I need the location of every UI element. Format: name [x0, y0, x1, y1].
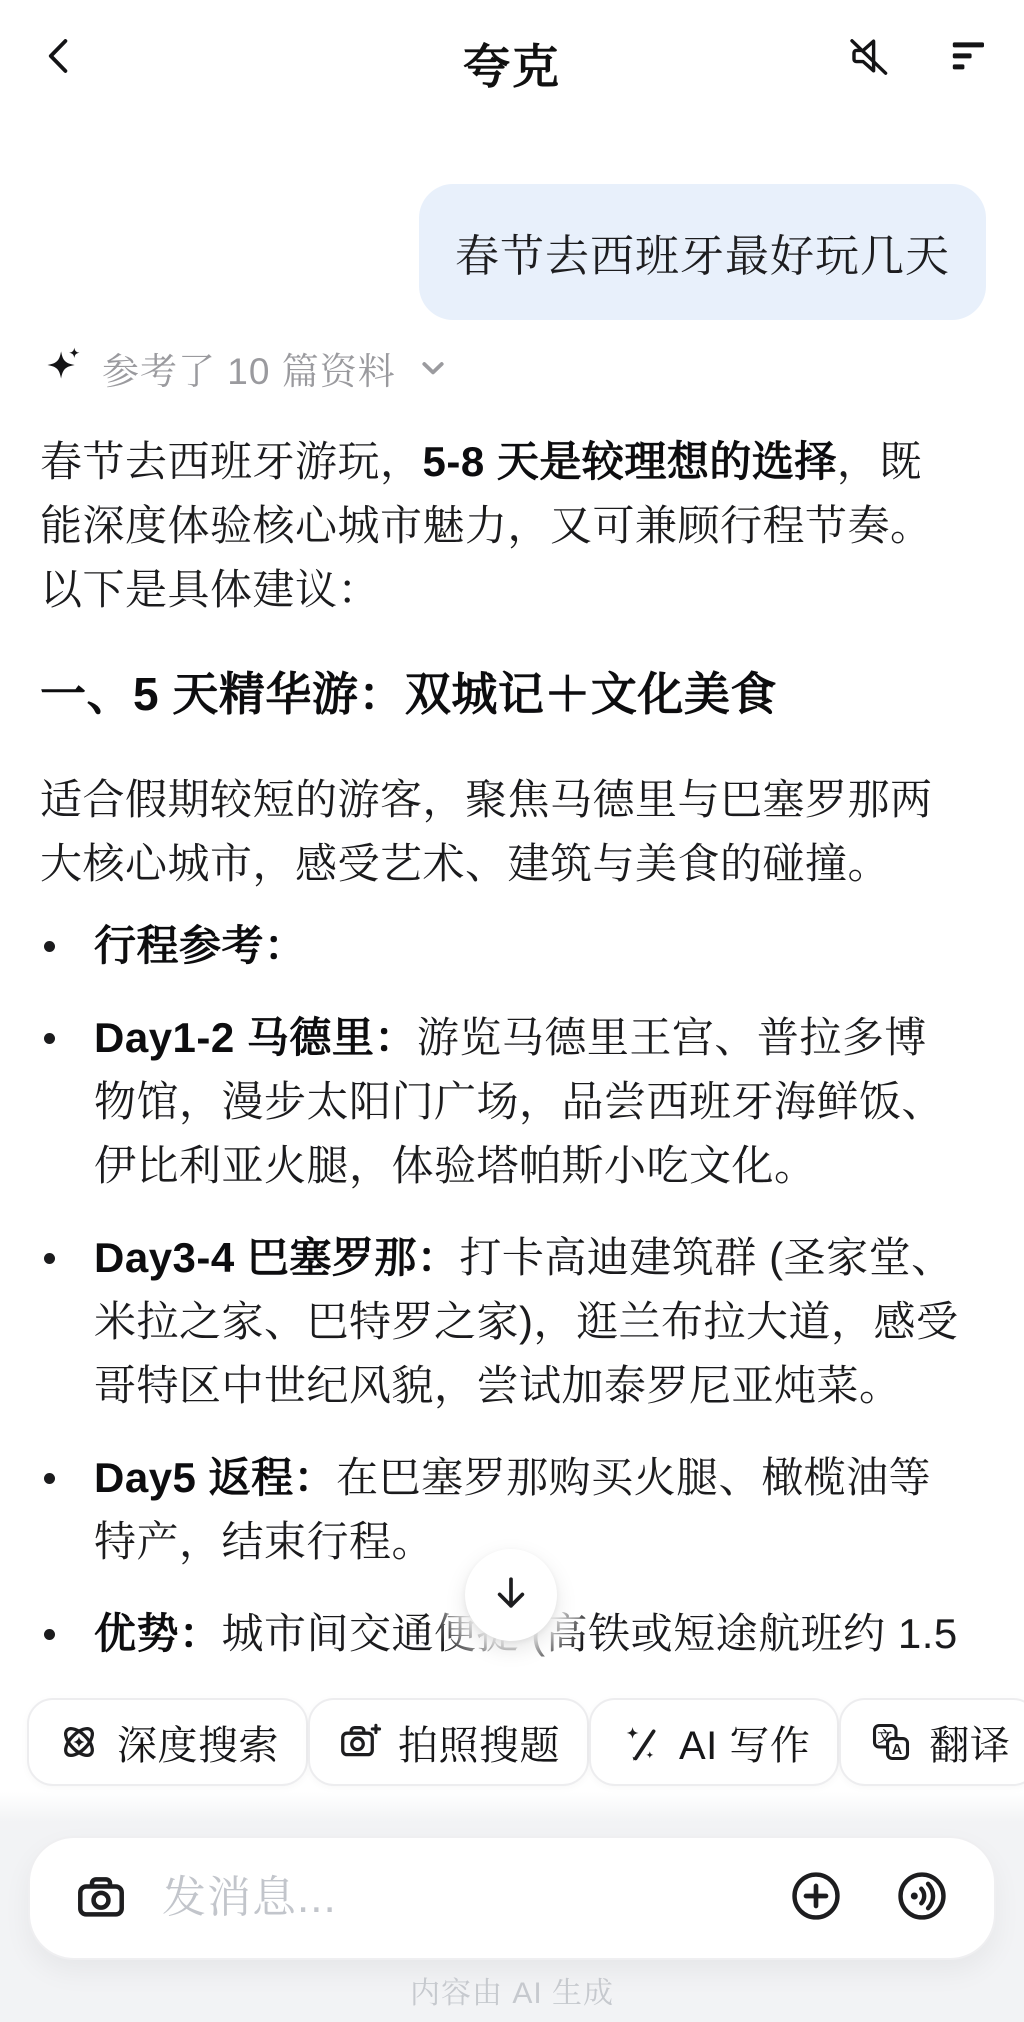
down-arrow-icon: [489, 1571, 533, 1620]
chat-area: 春节去西班牙最好玩几天 参考了 10 篇资料 春节去西班牙游玩，5-8 天是较理…: [40, 184, 986, 1666]
reference-toggle[interactable]: 参考了 10 篇资料: [40, 344, 986, 392]
quick-actions-toolbar: 深度搜索 拍照搜题: [27, 1698, 999, 1786]
photo-solve-button[interactable]: 拍照搜题: [308, 1698, 589, 1786]
scroll-down-button[interactable]: [465, 1549, 557, 1641]
bullet-day3-4: Day3-4 巴塞罗那：打卡高迪建筑群 (圣家堂、 米拉之家、巴特罗之家)，逛兰…: [40, 1226, 986, 1418]
deep-search-icon: [56, 1719, 102, 1765]
message-input[interactable]: [162, 1873, 788, 1923]
ai-writing-label: AI 写作: [679, 1714, 810, 1771]
bullet-dot: [40, 914, 94, 978]
mute-button[interactable]: [842, 32, 894, 84]
camera-button[interactable]: [74, 1871, 128, 1925]
speaker-muted-icon: [844, 32, 892, 85]
list-menu-icon: [944, 32, 992, 85]
ai-writing-icon: [618, 1719, 664, 1765]
camera-search-icon: [337, 1719, 383, 1765]
voice-mode-button[interactable]: [894, 1868, 950, 1929]
chevron-down-icon: [414, 349, 452, 387]
ai-disclaimer: 内容由 AI 生成: [0, 1968, 1024, 2012]
menu-button[interactable]: [942, 32, 994, 84]
bullet-dot: [40, 1602, 94, 1666]
reference-count-label: 参考了 10 篇资料: [102, 341, 396, 395]
add-attachment-button[interactable]: [788, 1868, 844, 1929]
translate-icon: 文 A: [868, 1719, 914, 1765]
bullet-itinerary-header: 行程参考：: [40, 914, 986, 978]
bullet-dot: [40, 1006, 94, 1198]
user-message-bubble: 春节去西班牙最好玩几天: [419, 184, 986, 320]
header: 夸克: [0, 0, 1024, 116]
answer-intro-paragraph: 春节去西班牙游玩，5-8 天是较理想的选择，既 能深度体验核心城市魅力，又可兼顾…: [40, 430, 986, 622]
ai-writing-button[interactable]: AI 写作: [589, 1698, 839, 1786]
bullet-day1-2: Day1-2 马德里：游览马德里王宫、普拉多博 物馆，漫步太阳门广场，品尝西班牙…: [40, 1006, 986, 1198]
svg-text:A: A: [892, 1742, 903, 1758]
bullet-dot: [40, 1226, 94, 1418]
sparkle-icon: [40, 343, 86, 394]
section-heading: 一、5 天精华游：双城记＋文化美食: [40, 664, 986, 724]
bullet-dot: [40, 1446, 94, 1574]
answer-paragraph-2: 适合假期较短的游客，聚焦马德里与巴塞罗那两 大核心城市，感受艺术、建筑与美食的碰…: [40, 768, 986, 896]
quark-chat-screen: 夸克: [0, 0, 1024, 2022]
bottom-panel: 深度搜索 拍照搜题: [0, 1680, 1024, 2022]
translate-label: 翻译: [929, 1714, 1010, 1771]
message-composer: [28, 1836, 996, 1960]
deep-search-label: 深度搜索: [117, 1714, 279, 1771]
deep-search-button[interactable]: 深度搜索: [27, 1698, 308, 1786]
translate-button[interactable]: 文 A 翻译: [839, 1698, 1024, 1786]
photo-solve-label: 拍照搜题: [398, 1714, 560, 1771]
